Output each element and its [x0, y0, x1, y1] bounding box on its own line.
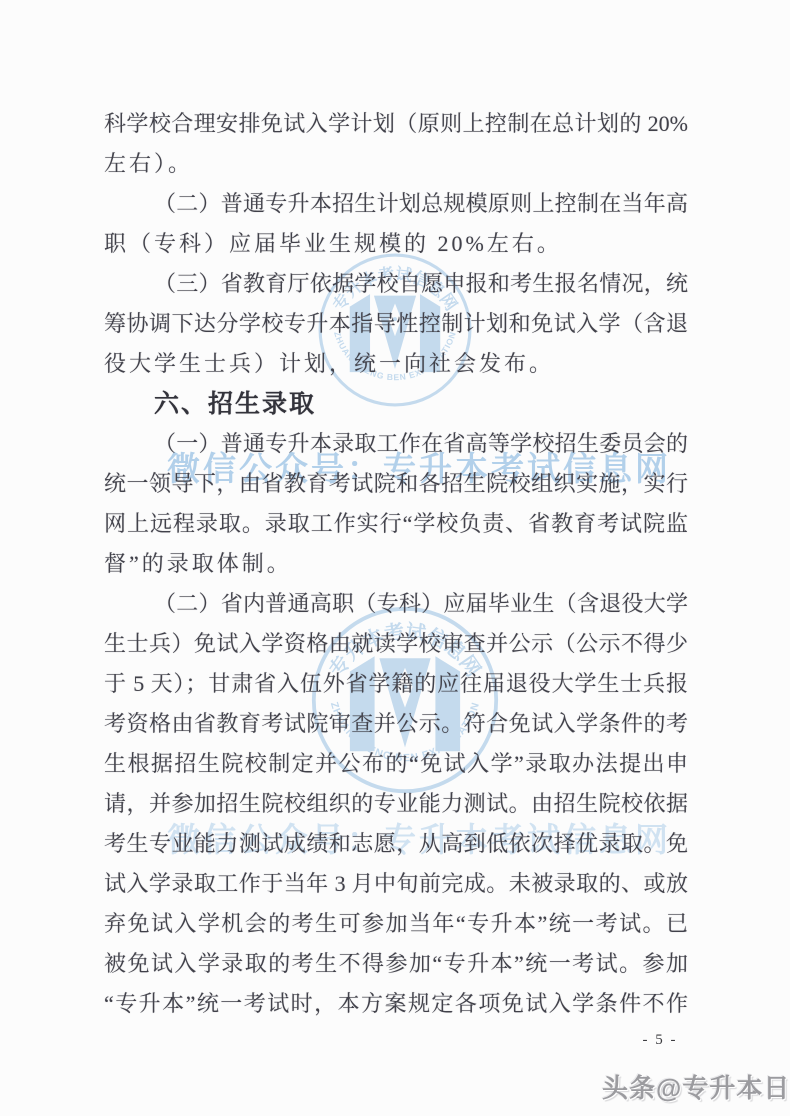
document-line: 职（专科）应届毕业生规模的 20%左右。: [104, 224, 688, 264]
document-line: （二）省内普通高职（专科）应届毕业生（含退役大学: [104, 584, 688, 624]
document-line: （三）省教育厅依据学校自愿申报和考生报名情况，统: [104, 264, 688, 304]
document-line: （二）普通专升本招生计划总规模原则上控制在当年高: [104, 184, 688, 224]
document-line: 弃免试入学机会的考生可参加当年“专升本”统一考试。已: [104, 904, 688, 944]
document-line: 请，并参加招生院校组织的专业能力测试。由招生院校依据: [104, 784, 688, 824]
document-line: 考资格由省教育考试院审查并公示。符合免试入学条件的考: [104, 704, 688, 744]
document-line: 被免试入学录取的考生不得参加“专升本”统一考试。参加: [104, 944, 688, 984]
document-heading: 六、招生录取: [104, 384, 688, 424]
document-line: 筹协调下达分学校专升本指导性控制计划和免试入学（含退: [104, 304, 688, 344]
document-line: （一）普通专升本录取工作在省高等学校招生委员会的: [104, 424, 688, 464]
document-line: 统一领导下，由省教育考试院和各招生院校组织实施，实行: [104, 464, 688, 504]
page-number: - 5 -: [620, 1032, 700, 1049]
document-line: 试入学录取工作于当年 3 月中旬前完成。未被录取的、或放: [104, 864, 688, 904]
document-line: 役大学生士兵）计划，统一向社会发布。: [104, 344, 688, 384]
document-line: 于 5 天）；甘肃省入伍外省学籍的应往届退役大学生士兵报: [104, 664, 688, 704]
document-line: 左右）。: [104, 144, 688, 184]
document-line: 生根据招生院校制定并公布的“免试入学”录取办法提出申: [104, 744, 688, 784]
document-line: 科学校合理安排免试入学计划（原则上控制在总计划的 20%: [104, 104, 688, 144]
document-line: 网上远程录取。录取工作实行“学校负责、省教育考试院监: [104, 504, 688, 544]
document-body: 科学校合理安排免试入学计划（原则上控制在总计划的 20%左右）。（二）普通专升本…: [104, 104, 688, 1024]
document-line: 生士兵）免试入学资格由就读学校审查并公示（公示不得少: [104, 624, 688, 664]
document-line: 督”的录取体制。: [104, 544, 688, 584]
document-line: 考生专业能力测试成绩和志愿，从高到低依次择优录取。免: [104, 824, 688, 864]
scanned-document-page: 专升本考试信息网 ZHUAN SHENG BEN EXAMINATION 专升本…: [0, 0, 790, 1116]
toutiao-watermark-text: 头条@专升本日记: [602, 1068, 790, 1105]
document-line: “专升本”统一考试时，本方案规定各项免试入学条件不作: [104, 984, 688, 1024]
